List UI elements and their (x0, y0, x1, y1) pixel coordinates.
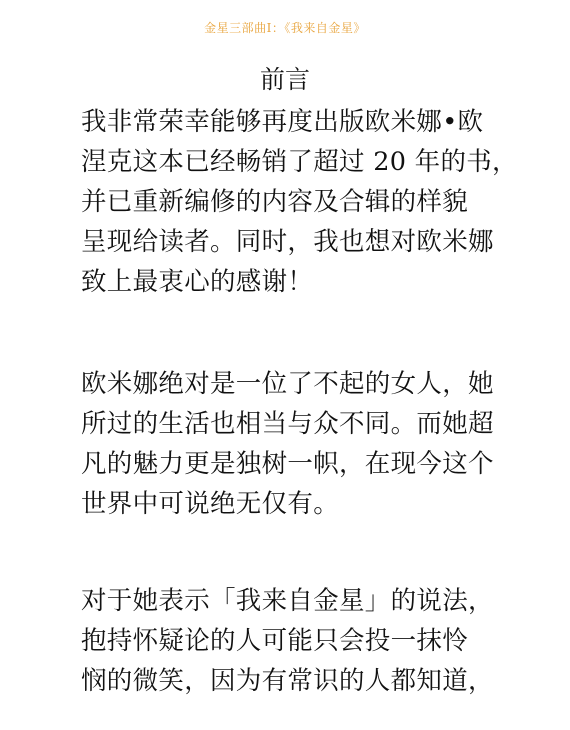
paragraph-line: 凡的魅力更是独树一帜，在现今这个 (81, 444, 521, 484)
paragraph-3: 对于她表示「我来自金星」的说法， 抱持怀疑论的人可能只会投一抹怜 悯的微笑，因为… (81, 581, 521, 701)
paragraph-1: 我非常荣幸能够再度出版欧米娜•欧 涅克这本已经畅销了超过 20 年的书， 并已重… (81, 102, 521, 302)
running-header: 金星三部曲I：《我来自金星》 (0, 19, 570, 36)
page-title: 前言 (0, 60, 570, 96)
paragraph-line: 并已重新编修的内容及合辑的样貌 (81, 182, 521, 222)
paragraph-line: 世界中可说绝无仅有。 (81, 484, 521, 524)
paragraph-line: 悯的微笑，因为有常识的人都知道， (81, 661, 521, 701)
paragraph-line: 呈现给读者。同时，我也想对欧米娜 (81, 222, 521, 262)
paragraph-line: 所过的生活也相当与众不同。而她超 (81, 404, 521, 444)
paragraph-line: 我非常荣幸能够再度出版欧米娜•欧 (81, 102, 521, 142)
paragraph-2: 欧米娜绝对是一位了不起的女人，她 所过的生活也相当与众不同。而她超 凡的魅力更是… (81, 364, 521, 524)
paragraph-line: 致上最衷心的感谢！ (81, 262, 521, 302)
paragraph-line: 涅克这本已经畅销了超过 20 年的书， (81, 142, 521, 182)
paragraph-line: 对于她表示「我来自金星」的说法， (81, 581, 521, 621)
paragraph-line: 抱持怀疑论的人可能只会投一抹怜 (81, 621, 521, 661)
paragraph-line: 欧米娜绝对是一位了不起的女人，她 (81, 364, 521, 404)
